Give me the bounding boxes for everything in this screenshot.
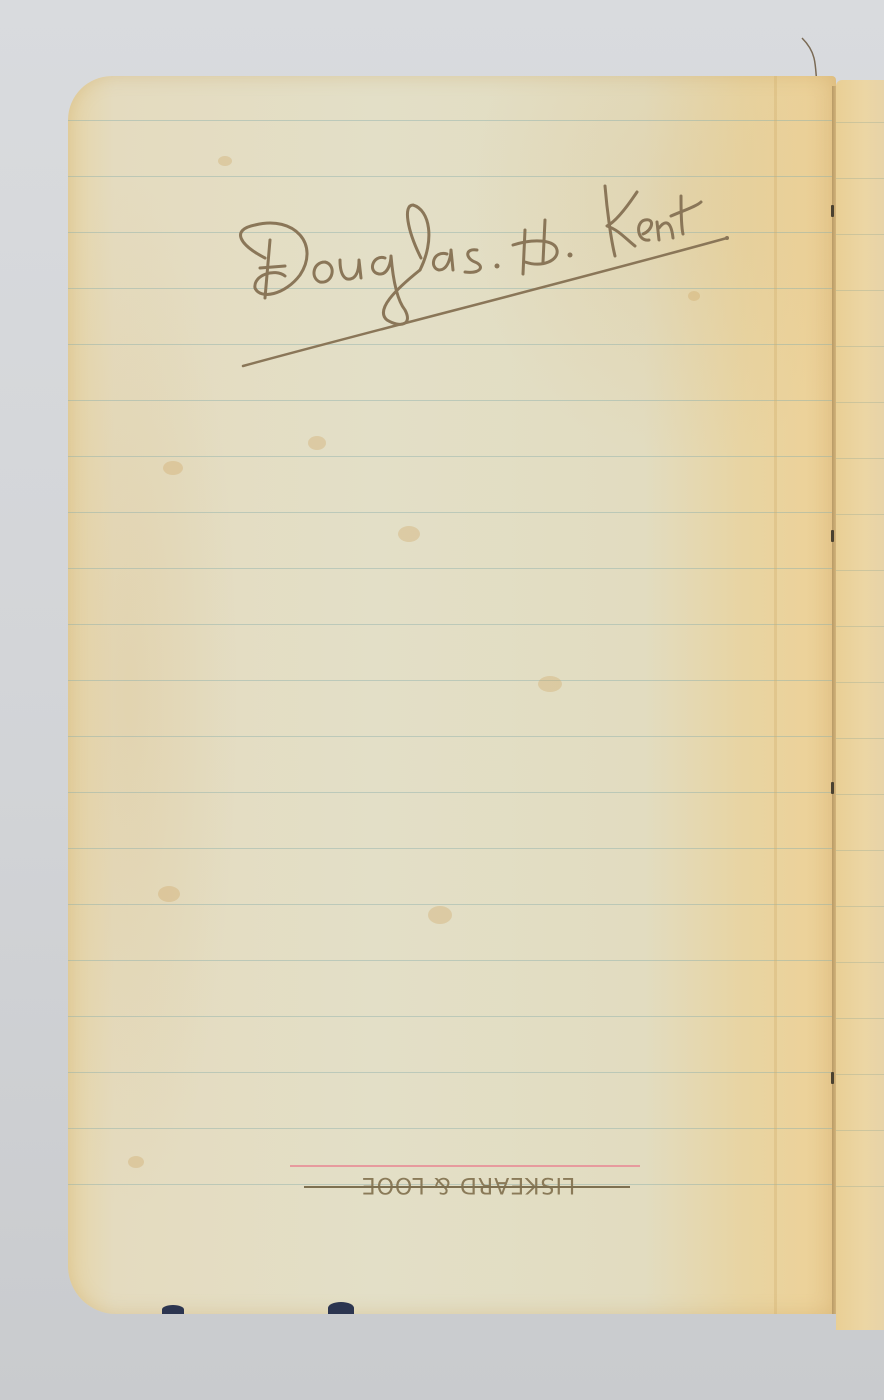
upside-down-text: LISKEARD & LOOE xyxy=(308,1172,628,1197)
ink-mark xyxy=(328,1302,354,1314)
binding-stitch xyxy=(831,530,834,542)
strike-through-line xyxy=(304,1186,630,1188)
binding-gutter xyxy=(832,86,836,1314)
ink-mark xyxy=(162,1305,184,1314)
binding-stitch xyxy=(831,782,834,794)
binding-stitch xyxy=(831,205,834,217)
signature: Douglas. H. Kent xyxy=(225,150,745,380)
page-fold xyxy=(774,76,777,1314)
red-margin-line xyxy=(290,1165,640,1167)
binding-stitch xyxy=(831,1072,834,1084)
bottom-note: LISKEARD & LOOE xyxy=(290,1162,642,1212)
adjacent-page xyxy=(836,80,884,1330)
signature-handwriting xyxy=(225,150,745,380)
